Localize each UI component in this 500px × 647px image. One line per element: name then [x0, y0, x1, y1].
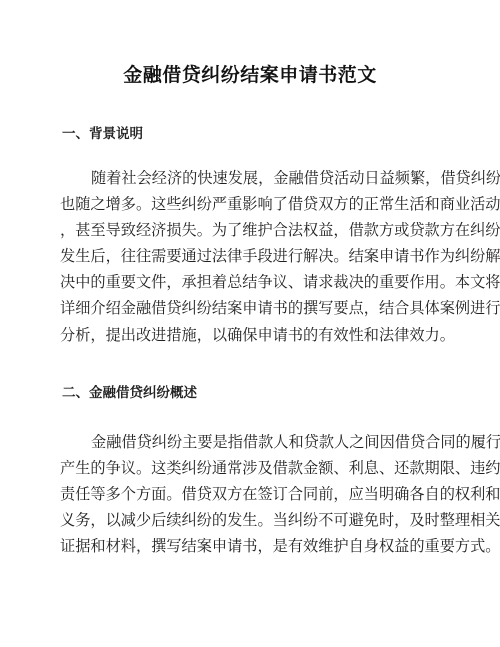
- paragraph-line: 责任等多个方面。借贷双方在签订合同前，应当明确各自的权利和: [60, 481, 445, 507]
- document-page: 金融借贷纠纷结案申请书范文 一、背景说明 随着社会经济的快速发展，金融借贷活动日…: [0, 0, 500, 647]
- document-title: 金融借贷纠纷结案申请书范文: [0, 60, 500, 87]
- paragraph-line: 也随之增多。这些纠纷严重影响了借贷双方的正常生活和商业活动: [60, 191, 445, 217]
- paragraph-line: 金融借贷纠纷主要是指借款人和贷款人之间因借贷合同的履行: [60, 429, 445, 455]
- section-heading-overview: 二、金融借贷纠纷概述: [62, 381, 197, 401]
- paragraph-line: 发生后，往往需要通过法律手段进行解决。结案申请书作为纠纷解: [60, 243, 445, 269]
- paragraph-line: 产生的争议。这类纠纷通常涉及借款金额、利息、还款期限、违约: [60, 455, 445, 481]
- paragraph-line: 义务，以减少后续纠纷的发生。当纠纷不可避免时，及时整理相关: [60, 507, 445, 533]
- paragraph-overview: 金融借贷纠纷主要是指借款人和贷款人之间因借贷合同的履行 产生的争议。这类纠纷通常…: [60, 429, 445, 559]
- paragraph-background: 随着社会经济的快速发展，金融借贷活动日益频繁，借贷纠纷 也随之增多。这些纠纷严重…: [60, 165, 445, 348]
- paragraph-line: 决中的重要文件，承担着总结争议、请求裁决的重要作用。本文将: [60, 269, 445, 295]
- paragraph-line: 随着社会经济的快速发展，金融借贷活动日益频繁，借贷纠纷: [60, 165, 445, 191]
- paragraph-line: 分析，提出改进措施，以确保申请书的有效性和法律效力。: [60, 322, 445, 348]
- paragraph-line: 详细介绍金融借贷纠纷结案申请书的撰写要点，结合具体案例进行: [60, 295, 445, 321]
- section-heading-background: 一、背景说明: [62, 122, 143, 142]
- paragraph-line: ，甚至导致经济损失。为了维护合法权益，借款方或贷款方在纠纷: [60, 217, 445, 243]
- paragraph-line: 证据和材料，撰写结案申请书，是有效维护自身权益的重要方式。: [60, 533, 445, 559]
